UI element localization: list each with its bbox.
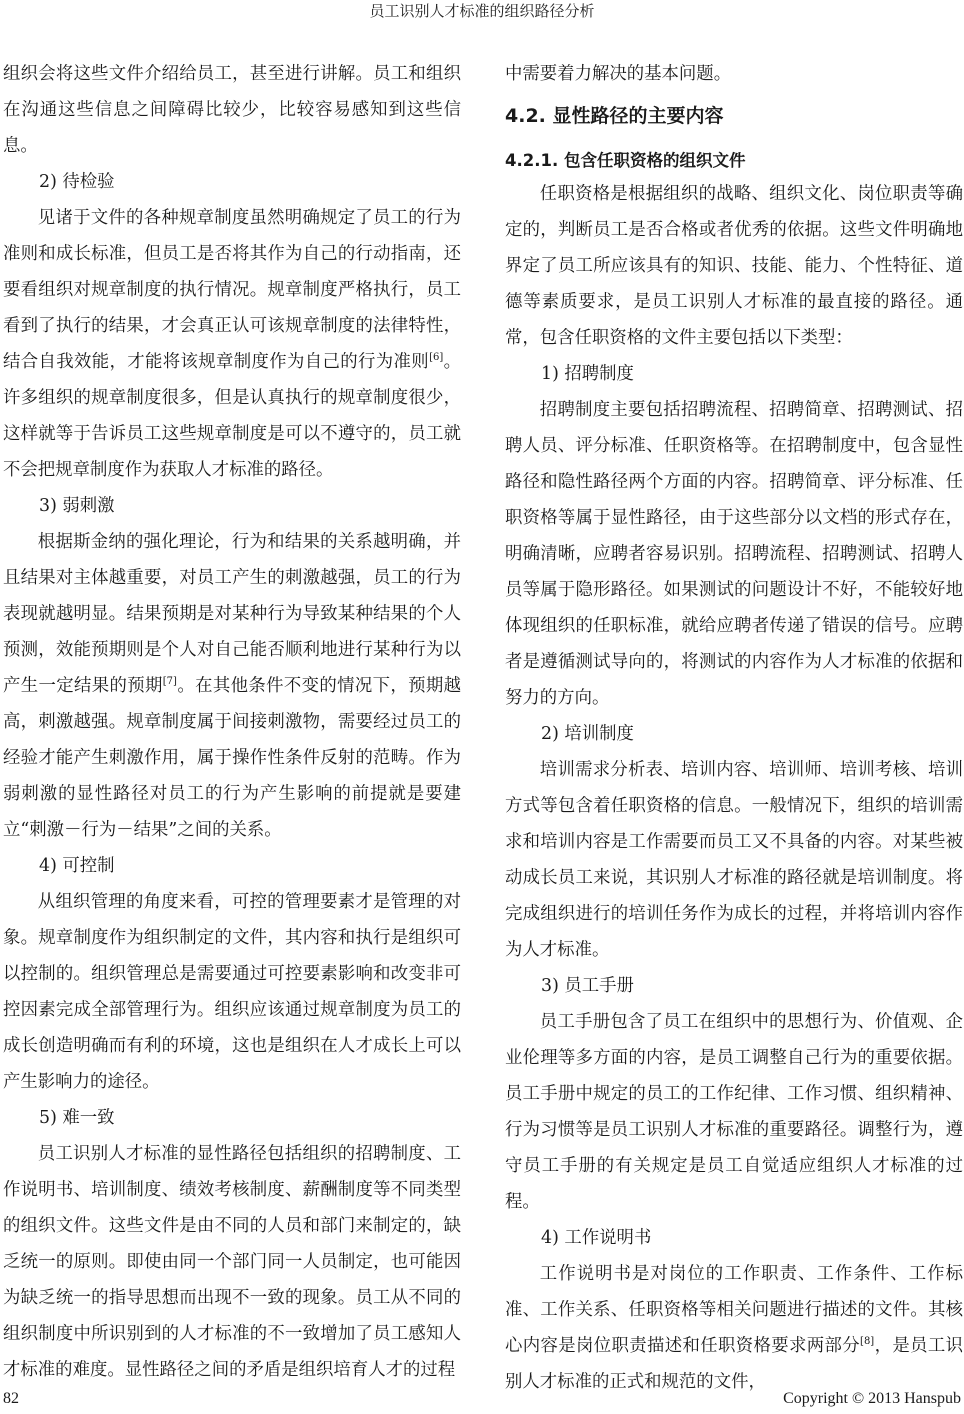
item-title-controllable: 4) 可控制: [3, 848, 461, 884]
citation-ref-7[interactable]: [7]: [163, 676, 177, 687]
right-column: 中需要着力解决的基本问题。 4.2. 显性路径的主要内容 4.2.1. 包含任职…: [505, 56, 963, 1400]
subsection-heading: 4.2.1. 包含任职资格的组织文件: [505, 142, 963, 176]
item-title-job-description: 4) 工作说明书: [505, 1220, 963, 1256]
citation-ref-8[interactable]: [8]: [860, 1336, 874, 1347]
paragraph-recruitment: 招聘制度主要包括招聘流程、招聘简章、招聘测试、招聘人员、评分标准、任职资格等。在…: [505, 392, 963, 716]
item-title-to-be-verified: 2) 待检验: [3, 164, 461, 200]
citation-ref-6[interactable]: [6]: [429, 352, 443, 363]
paragraph-training: 培训需求分析表、培训内容、培训师、培训考核、培训方式等包含着任职资格的信息。一般…: [505, 752, 963, 968]
text-span: 见诸于文件的各种规章制度虽然明确规定了员工的行为准则和成长标准，但员工是否将其作…: [3, 208, 461, 372]
paragraph-continuation: 组织会将这些文件介绍给员工，甚至进行讲解。员工和组织在沟通这些信息之间障碍比较少…: [3, 56, 461, 164]
item-title-hard-to-unify: 5) 难一致: [3, 1100, 461, 1136]
left-column: 组织会将这些文件介绍给员工，甚至进行讲解。员工和组织在沟通这些信息之间障碍比较少…: [3, 56, 461, 1388]
item-title-training: 2) 培训制度: [505, 716, 963, 752]
page-number: 82: [3, 1390, 19, 1408]
paragraph-controllable: 从组织管理的角度来看，可控的管理要素才是管理的对象。规章制度作为组织制定的文件，…: [3, 884, 461, 1100]
running-header: 员工识别人才标准的组织路径分析: [0, 0, 964, 24]
paragraph-qualification-intro: 任职资格是根据组织的战略、组织文化、岗位职责等确定的，判断员工是否合格或者优秀的…: [505, 176, 963, 356]
copyright-notice: Copyright © 2013 Hanspub: [783, 1390, 961, 1408]
text-span: 根据斯金纳的强化理论，行为和结果的关系越明确，并且结果对主体越重要，对员工产生的…: [3, 532, 461, 696]
item-title-weak-stimulus: 3) 弱刺激: [3, 488, 461, 524]
paragraph-employee-handbook: 员工手册包含了员工在组织中的思想行为、价值观、企业伦理等多方面的内容，是员工调整…: [505, 1004, 963, 1220]
paragraph-job-description: 工作说明书是对岗位的工作职责、工作条件、工作标准、工作关系、任职资格等相关问题进…: [505, 1256, 963, 1400]
paragraph-weak-stimulus: 根据斯金纳的强化理论，行为和结果的关系越明确，并且结果对主体越重要，对员工产生的…: [3, 524, 461, 848]
paragraph-hard-to-unify: 员工识别人才标准的显性路径包括组织的招聘制度、工作说明书、培训制度、绩效考核制度…: [3, 1136, 461, 1388]
section-heading: 4.2. 显性路径的主要内容: [505, 92, 963, 142]
paragraph-continuation: 中需要着力解决的基本问题。: [505, 56, 963, 92]
paragraph-to-be-verified: 见诸于文件的各种规章制度虽然明确规定了员工的行为准则和成长标准，但员工是否将其作…: [3, 200, 461, 488]
item-title-recruitment: 1) 招聘制度: [505, 356, 963, 392]
text-span: 。在其他条件不变的情况下，预期越高，刺激越强。规章制度属于间接刺激物，需要经过员…: [3, 676, 461, 840]
item-title-employee-handbook: 3) 员工手册: [505, 968, 963, 1004]
